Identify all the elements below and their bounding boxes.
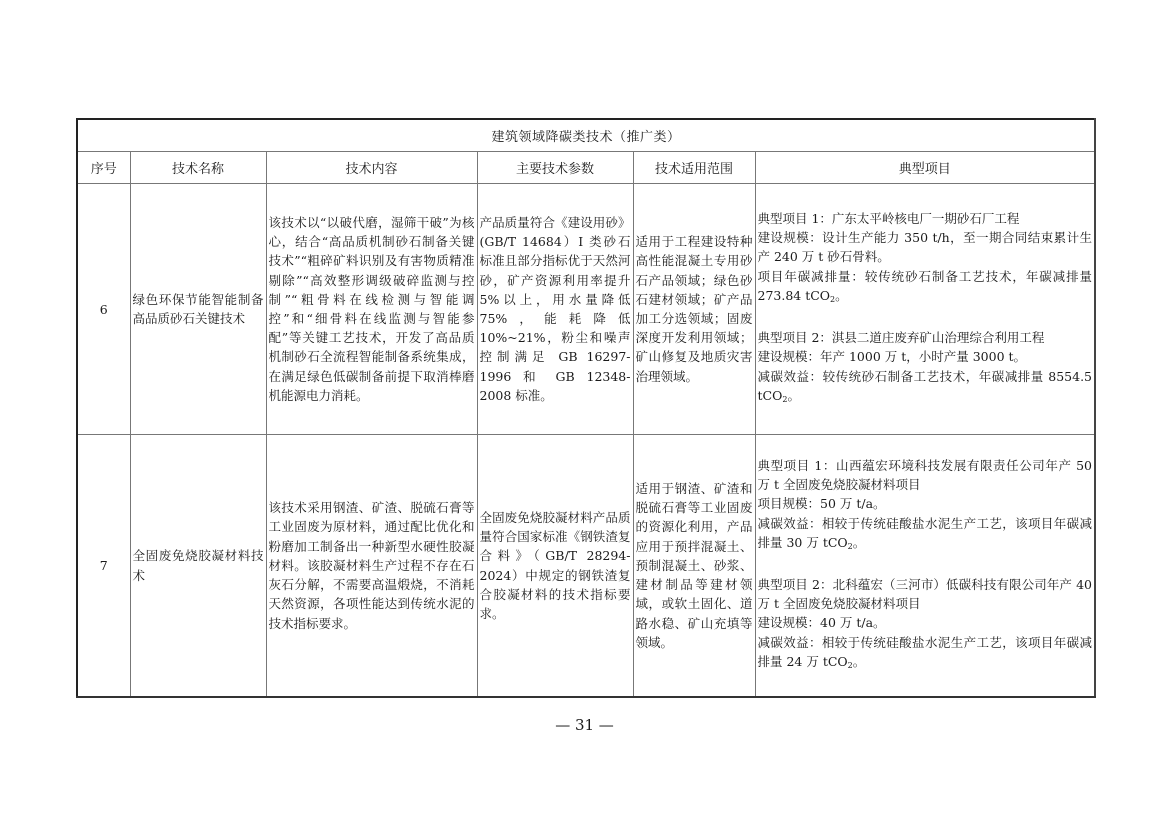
- project-scale: 建设规模：设计生产能力 350 t/h，至一期合同结束累计生产 240 万 t …: [758, 228, 1093, 266]
- project-scale: 建设规模：年产 1000 万 t，小时产量 3000 t。: [758, 347, 1093, 366]
- project-benefit: 减碳效益：相较于传统硅酸盐水泥生产工艺，该项目年碳减排量 30 万 tCO2。: [758, 514, 1093, 556]
- typical-project: 典型项目 1：山西蕴宏环境科技发展有限责任公司年产 50 万 t 全固废免烧胶凝…: [758, 456, 1093, 556]
- project-title: 典型项目 2：北科蕴宏（三河市）低碳科技有限公司年产 40 万 t 全固废免烧胶…: [758, 575, 1093, 613]
- header-projects: 典型项目: [755, 152, 1095, 184]
- row-seq: 6: [77, 184, 130, 435]
- table-title-row: 建筑领域降碳类技术（推广类）: [77, 119, 1095, 152]
- row-tech-content: 该技术采用钢渣、矿渣、脱硫石膏等工业固废为原材料，通过配比优化和粉磨加工制备出一…: [266, 435, 477, 698]
- row-typical-projects: 典型项目 1：广东太平岭核电厂一期砂石厂工程 建设规模：设计生产能力 350 t…: [755, 184, 1095, 435]
- typical-project: 典型项目 1：广东太平岭核电厂一期砂石厂工程 建设规模：设计生产能力 350 t…: [758, 209, 1093, 309]
- table-row: 7 全固废免烧胶凝材料技术 该技术采用钢渣、矿渣、脱硫石膏等工业固废为原材料，通…: [77, 435, 1095, 698]
- project-scale: 建设规模：40 万 t/a。: [758, 613, 1093, 632]
- project-benefit: 项目年碳减排量：较传统砂石制备工艺技术，年碳减排量 273.84 tCO2。: [758, 267, 1093, 309]
- table-header-row: 序号 技术名称 技术内容 主要技术参数 技术适用范围 典型项目: [77, 152, 1095, 184]
- typical-project: 典型项目 2：北科蕴宏（三河市）低碳科技有限公司年产 40 万 t 全固废免烧胶…: [758, 575, 1093, 675]
- row-tech-scope: 适用于钢渣、矿渣和脱硫石膏等工业固废的资源化利用，产品应用于预拌混凝土、预制混凝…: [633, 435, 755, 698]
- header-scope: 技术适用范围: [633, 152, 755, 184]
- row-tech-scope: 适用于工程建设特种高性能混凝土专用砂石产品领域；绿色砂石建材领域；矿产品加工分选…: [633, 184, 755, 435]
- project-benefit: 减碳效益：相较于传统硅酸盐水泥生产工艺，该项目年碳减排量 24 万 tCO2。: [758, 633, 1093, 675]
- row-tech-name: 全固废免烧胶凝材料技术: [130, 435, 266, 698]
- header-name: 技术名称: [130, 152, 266, 184]
- row-tech-params: 全固废免烧胶凝材料产品质量符合国家标准《钢铁渣复合料》（GB/T 28294-2…: [477, 435, 633, 698]
- row-tech-params: 产品质量符合《建设用砂》(GB/T 14684）I 类砂石标准且部分指标优于天然…: [477, 184, 633, 435]
- header-seq: 序号: [77, 152, 130, 184]
- page-number: — 31 —: [0, 716, 1169, 734]
- technology-table: 建筑领域降碳类技术（推广类） 序号 技术名称 技术内容 主要技术参数 技术适用范…: [76, 118, 1096, 698]
- table-title: 建筑领域降碳类技术（推广类）: [77, 119, 1095, 152]
- project-title: 典型项目 1：广东太平岭核电厂一期砂石厂工程: [758, 209, 1093, 228]
- project-title: 典型项目 2：淇县二道庄废弃矿山治理综合利用工程: [758, 328, 1093, 347]
- row-seq: 7: [77, 435, 130, 698]
- typical-project: 典型项目 2：淇县二道庄废弃矿山治理综合利用工程 建设规模：年产 1000 万 …: [758, 328, 1093, 409]
- row-tech-name: 绿色环保节能智能制备高品质砂石关键技术: [130, 184, 266, 435]
- project-title: 典型项目 1：山西蕴宏环境科技发展有限责任公司年产 50 万 t 全固废免烧胶凝…: [758, 456, 1093, 494]
- project-benefit: 减碳效益：较传统砂石制备工艺技术，年碳减排量 8554.5 tCO2。: [758, 367, 1093, 409]
- row-typical-projects: 典型项目 1：山西蕴宏环境科技发展有限责任公司年产 50 万 t 全固废免烧胶凝…: [755, 435, 1095, 698]
- row-tech-content: 该技术以“以破代磨，湿筛干破”为核心，结合“高品质机制砂石制备关键技术”“粗碎矿…: [266, 184, 477, 435]
- project-scale: 项目规模：50 万 t/a。: [758, 494, 1093, 513]
- header-params: 主要技术参数: [477, 152, 633, 184]
- header-content: 技术内容: [266, 152, 477, 184]
- table-row: 6 绿色环保节能智能制备高品质砂石关键技术 该技术以“以破代磨，湿筛干破”为核心…: [77, 184, 1095, 435]
